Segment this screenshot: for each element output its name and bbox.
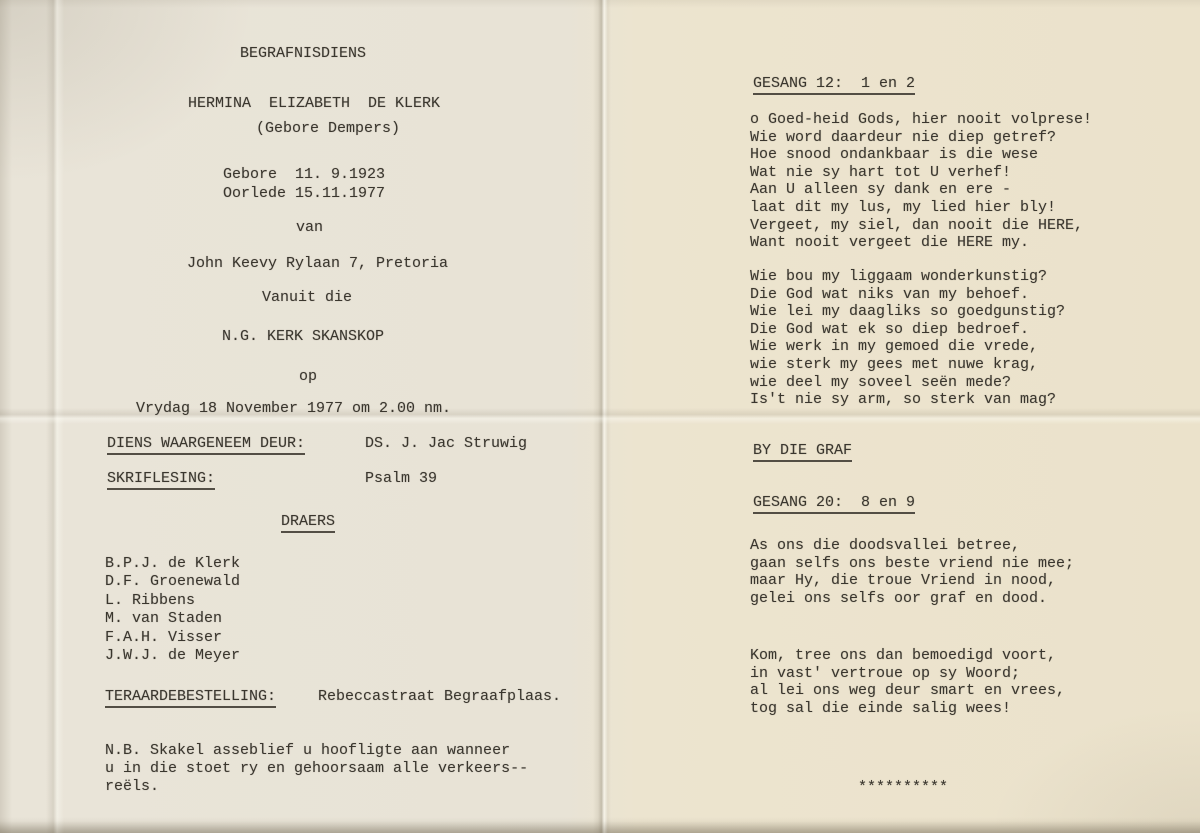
scripture-label-text: SKRIFLESING: [107,470,215,490]
program-title: BEGRAFNISDIENS [240,45,366,63]
traffic-note: N.B. Skakel asseblief u hoofligte aan wa… [105,742,528,796]
center-fold-crease [593,0,611,833]
deceased-name: HERMINA ELIZABETH DE KLERK [188,95,440,113]
graveside-heading: BY DIE GRAF [753,442,852,460]
burial-label: TERAARDEBESTELLING: [105,688,276,706]
hymn2-verse2: Kom, tree ons dan bemoedigd voort, in va… [750,647,1065,717]
scripture-value: Psalm 39 [365,470,437,488]
left-fold-crease [46,0,64,833]
hymn2-heading: GESANG 20: 8 en 9 [753,494,915,512]
service-datetime: Vrydag 18 November 1977 om 2.00 nm. [136,400,451,418]
maiden-name: (Gebore Dempers) [256,120,400,138]
officiant-label-text: DIENS WAARGENEEM DEUR: [107,435,305,455]
home-address: John Keevy Rylaan 7, Pretoria [187,255,448,273]
bearers-heading-text: DRAERS [281,513,335,533]
hymn2-verse1: As ons die doodsvallei betree, gaan self… [750,537,1074,607]
of-word: van [296,219,323,237]
bearers-list: B.P.J. de Klerk D.F. Groenewald L. Ribbe… [105,555,240,665]
hymn1-verse2: Wie bou my liggaam wonderkunstig? Die Go… [750,268,1065,409]
scan-bottom-edge [0,821,1200,833]
burial-value: Rebeccastraat Begraafplaas. [318,688,561,706]
scanned-funeral-program: BEGRAFNISDIENS HERMINA ELIZABETH DE KLER… [0,0,1200,833]
officiant-label: DIENS WAARGENEEM DEUR: [107,435,305,453]
burial-label-text: TERAARDEBESTELLING: [105,688,276,708]
from-phrase: Vanuit die [262,289,352,307]
church-name: N.G. KERK SKANSKOP [222,328,384,346]
birth-death-dates: Gebore 11. 9.1923 Oorlede 15.11.1977 [223,166,385,203]
hymn2-heading-text: GESANG 20: 8 en 9 [753,494,915,514]
scripture-label: SKRIFLESING: [107,470,215,488]
hymn1-heading: GESANG 12: 1 en 2 [753,75,915,93]
officiant-value: DS. J. Jac Struwig [365,435,527,453]
end-marker: ********** [858,779,948,797]
hymn1-heading-text: GESANG 12: 1 en 2 [753,75,915,95]
bearers-heading: DRAERS [281,513,335,531]
on-word: op [299,368,317,386]
hymn1-verse1: o Goed-heid Gods, hier nooit volprese! W… [750,111,1092,252]
graveside-heading-text: BY DIE GRAF [753,442,852,462]
